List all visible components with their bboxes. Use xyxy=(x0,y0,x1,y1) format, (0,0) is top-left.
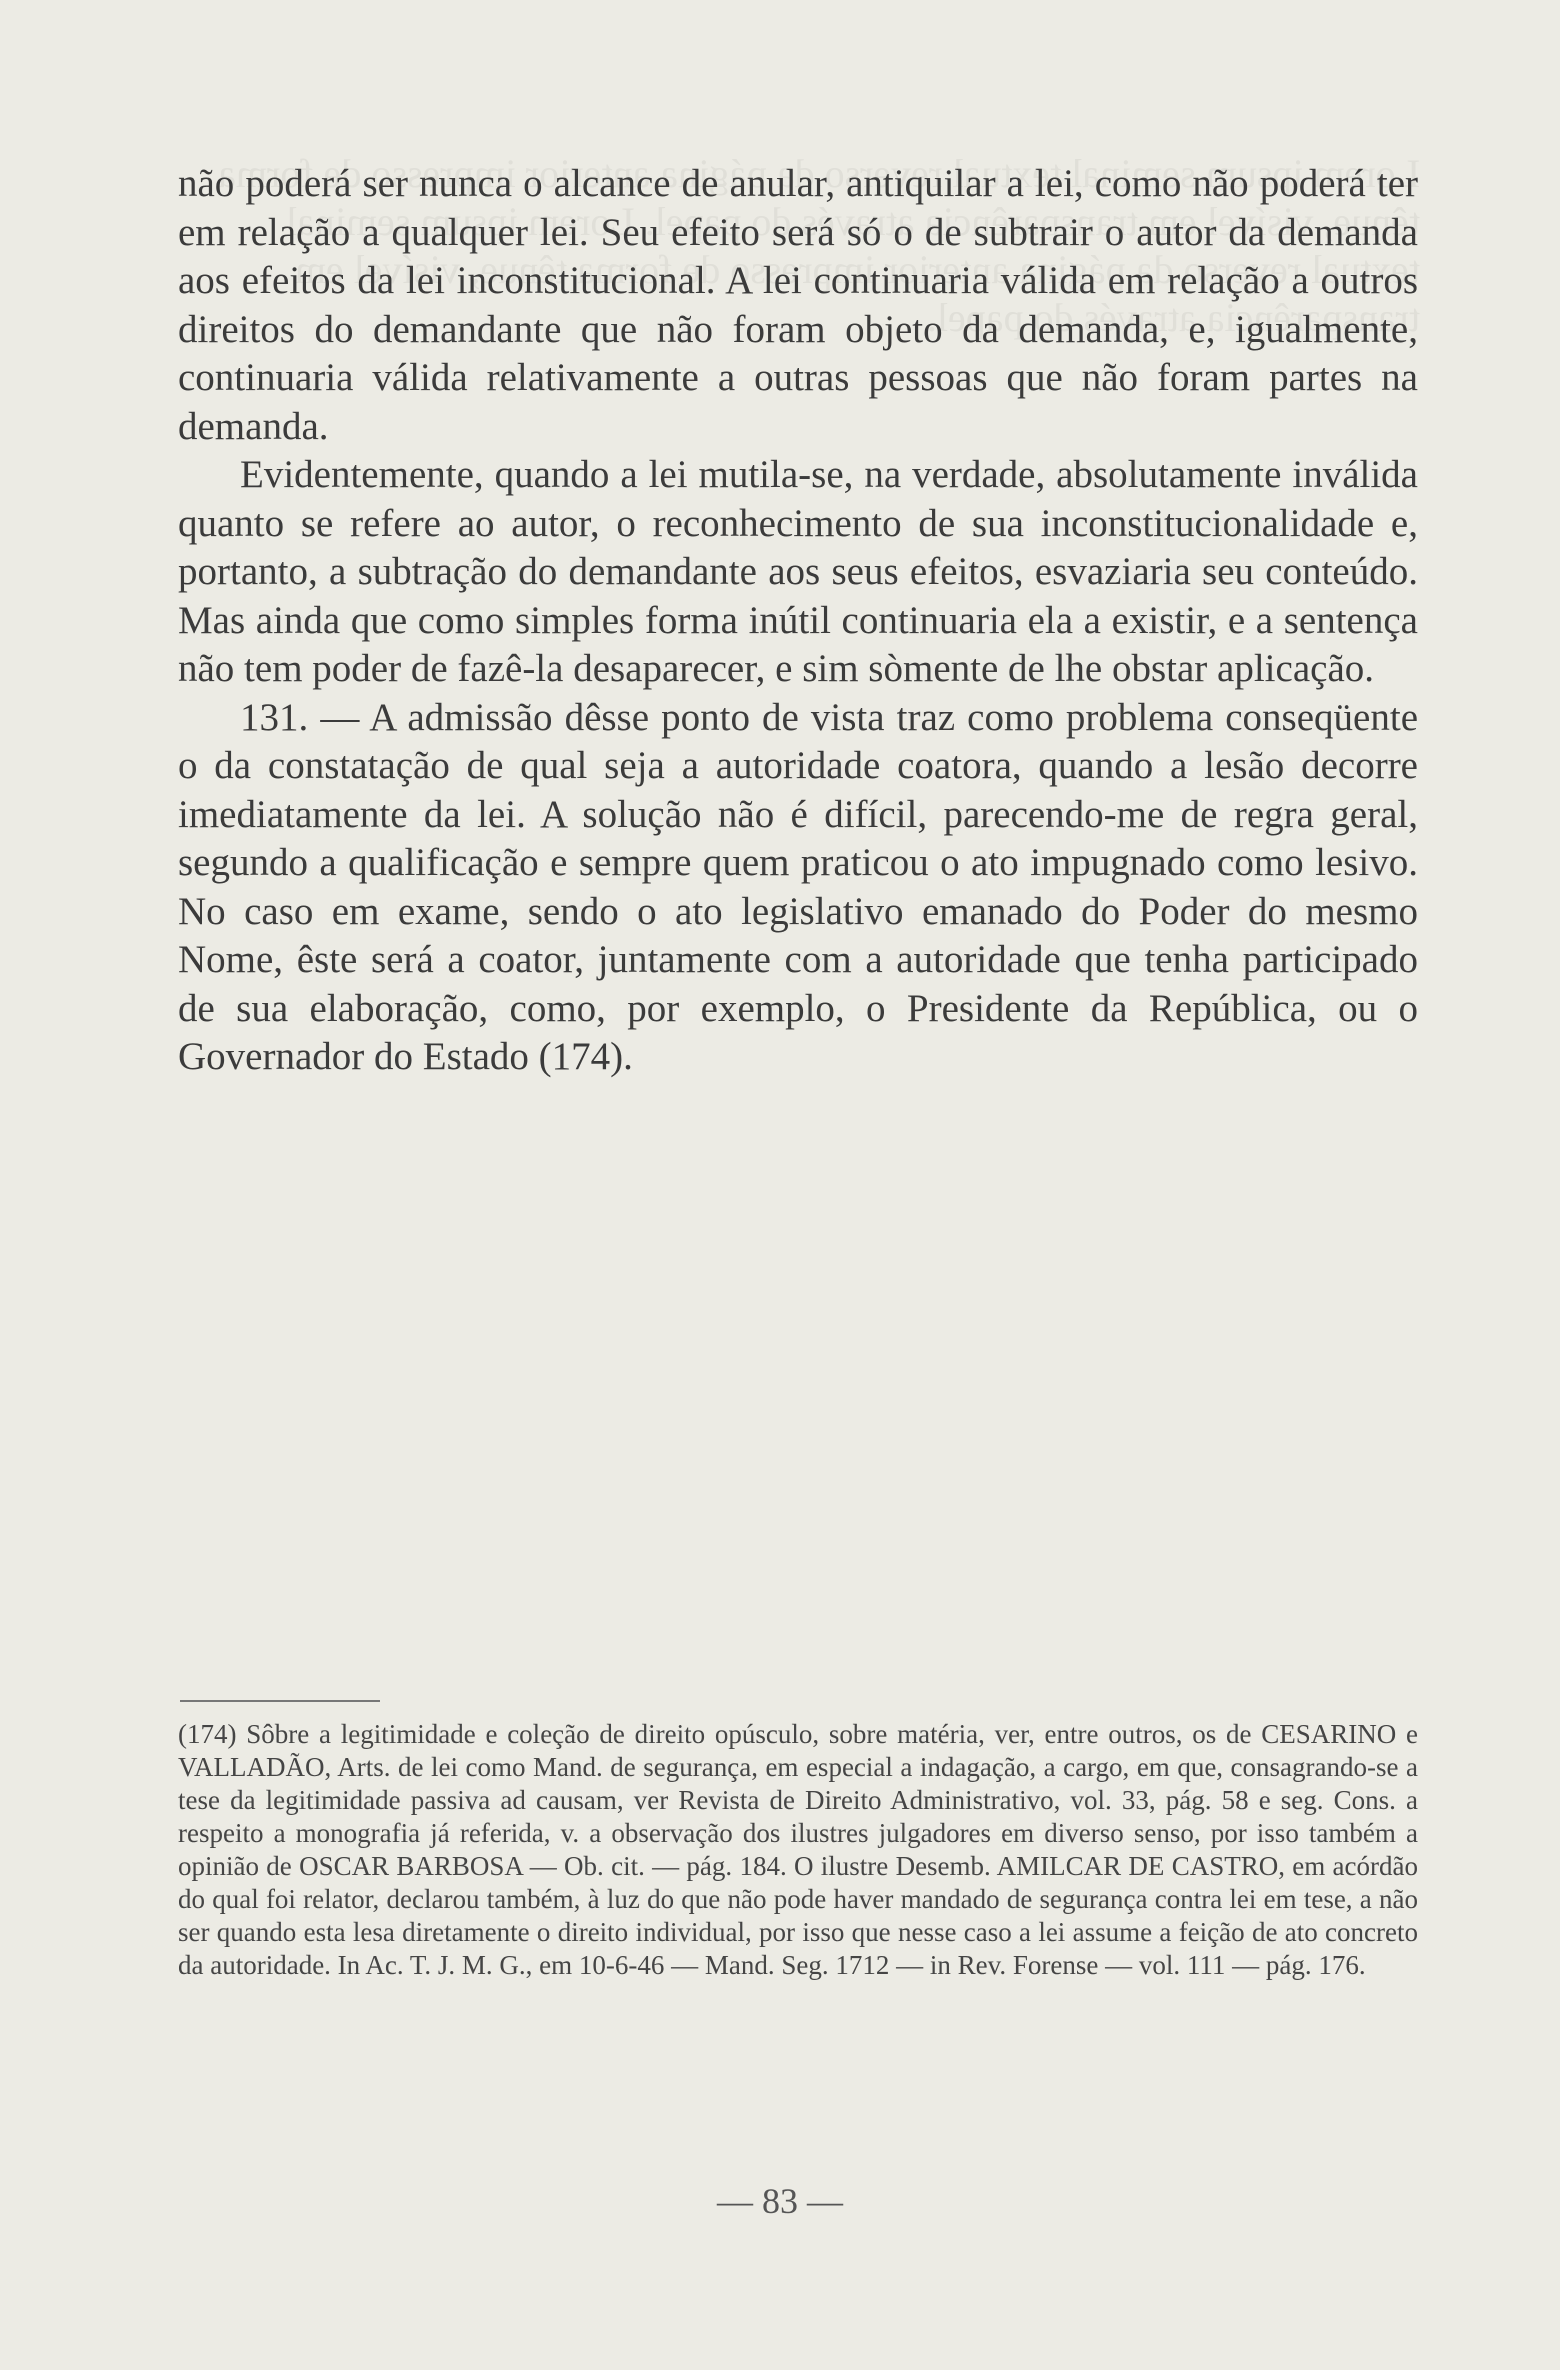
paragraph: não poderá ser nunca o alcance de anular… xyxy=(178,160,1418,451)
footnote-divider xyxy=(180,1700,380,1702)
footnotes: (174) Sôbre a legitimidade e coleção de … xyxy=(178,1718,1418,1982)
body-text: não poderá ser nunca o alcance de anular… xyxy=(178,160,1418,1082)
footnote: (174) Sôbre a legitimidade e coleção de … xyxy=(178,1718,1418,1982)
paragraph: 131. — A admissão dêsse ponto de vista t… xyxy=(178,694,1418,1082)
paragraph: Evidentemente, quando a lei mutila-se, n… xyxy=(178,451,1418,694)
page-number: — 83 — xyxy=(0,2180,1560,2222)
